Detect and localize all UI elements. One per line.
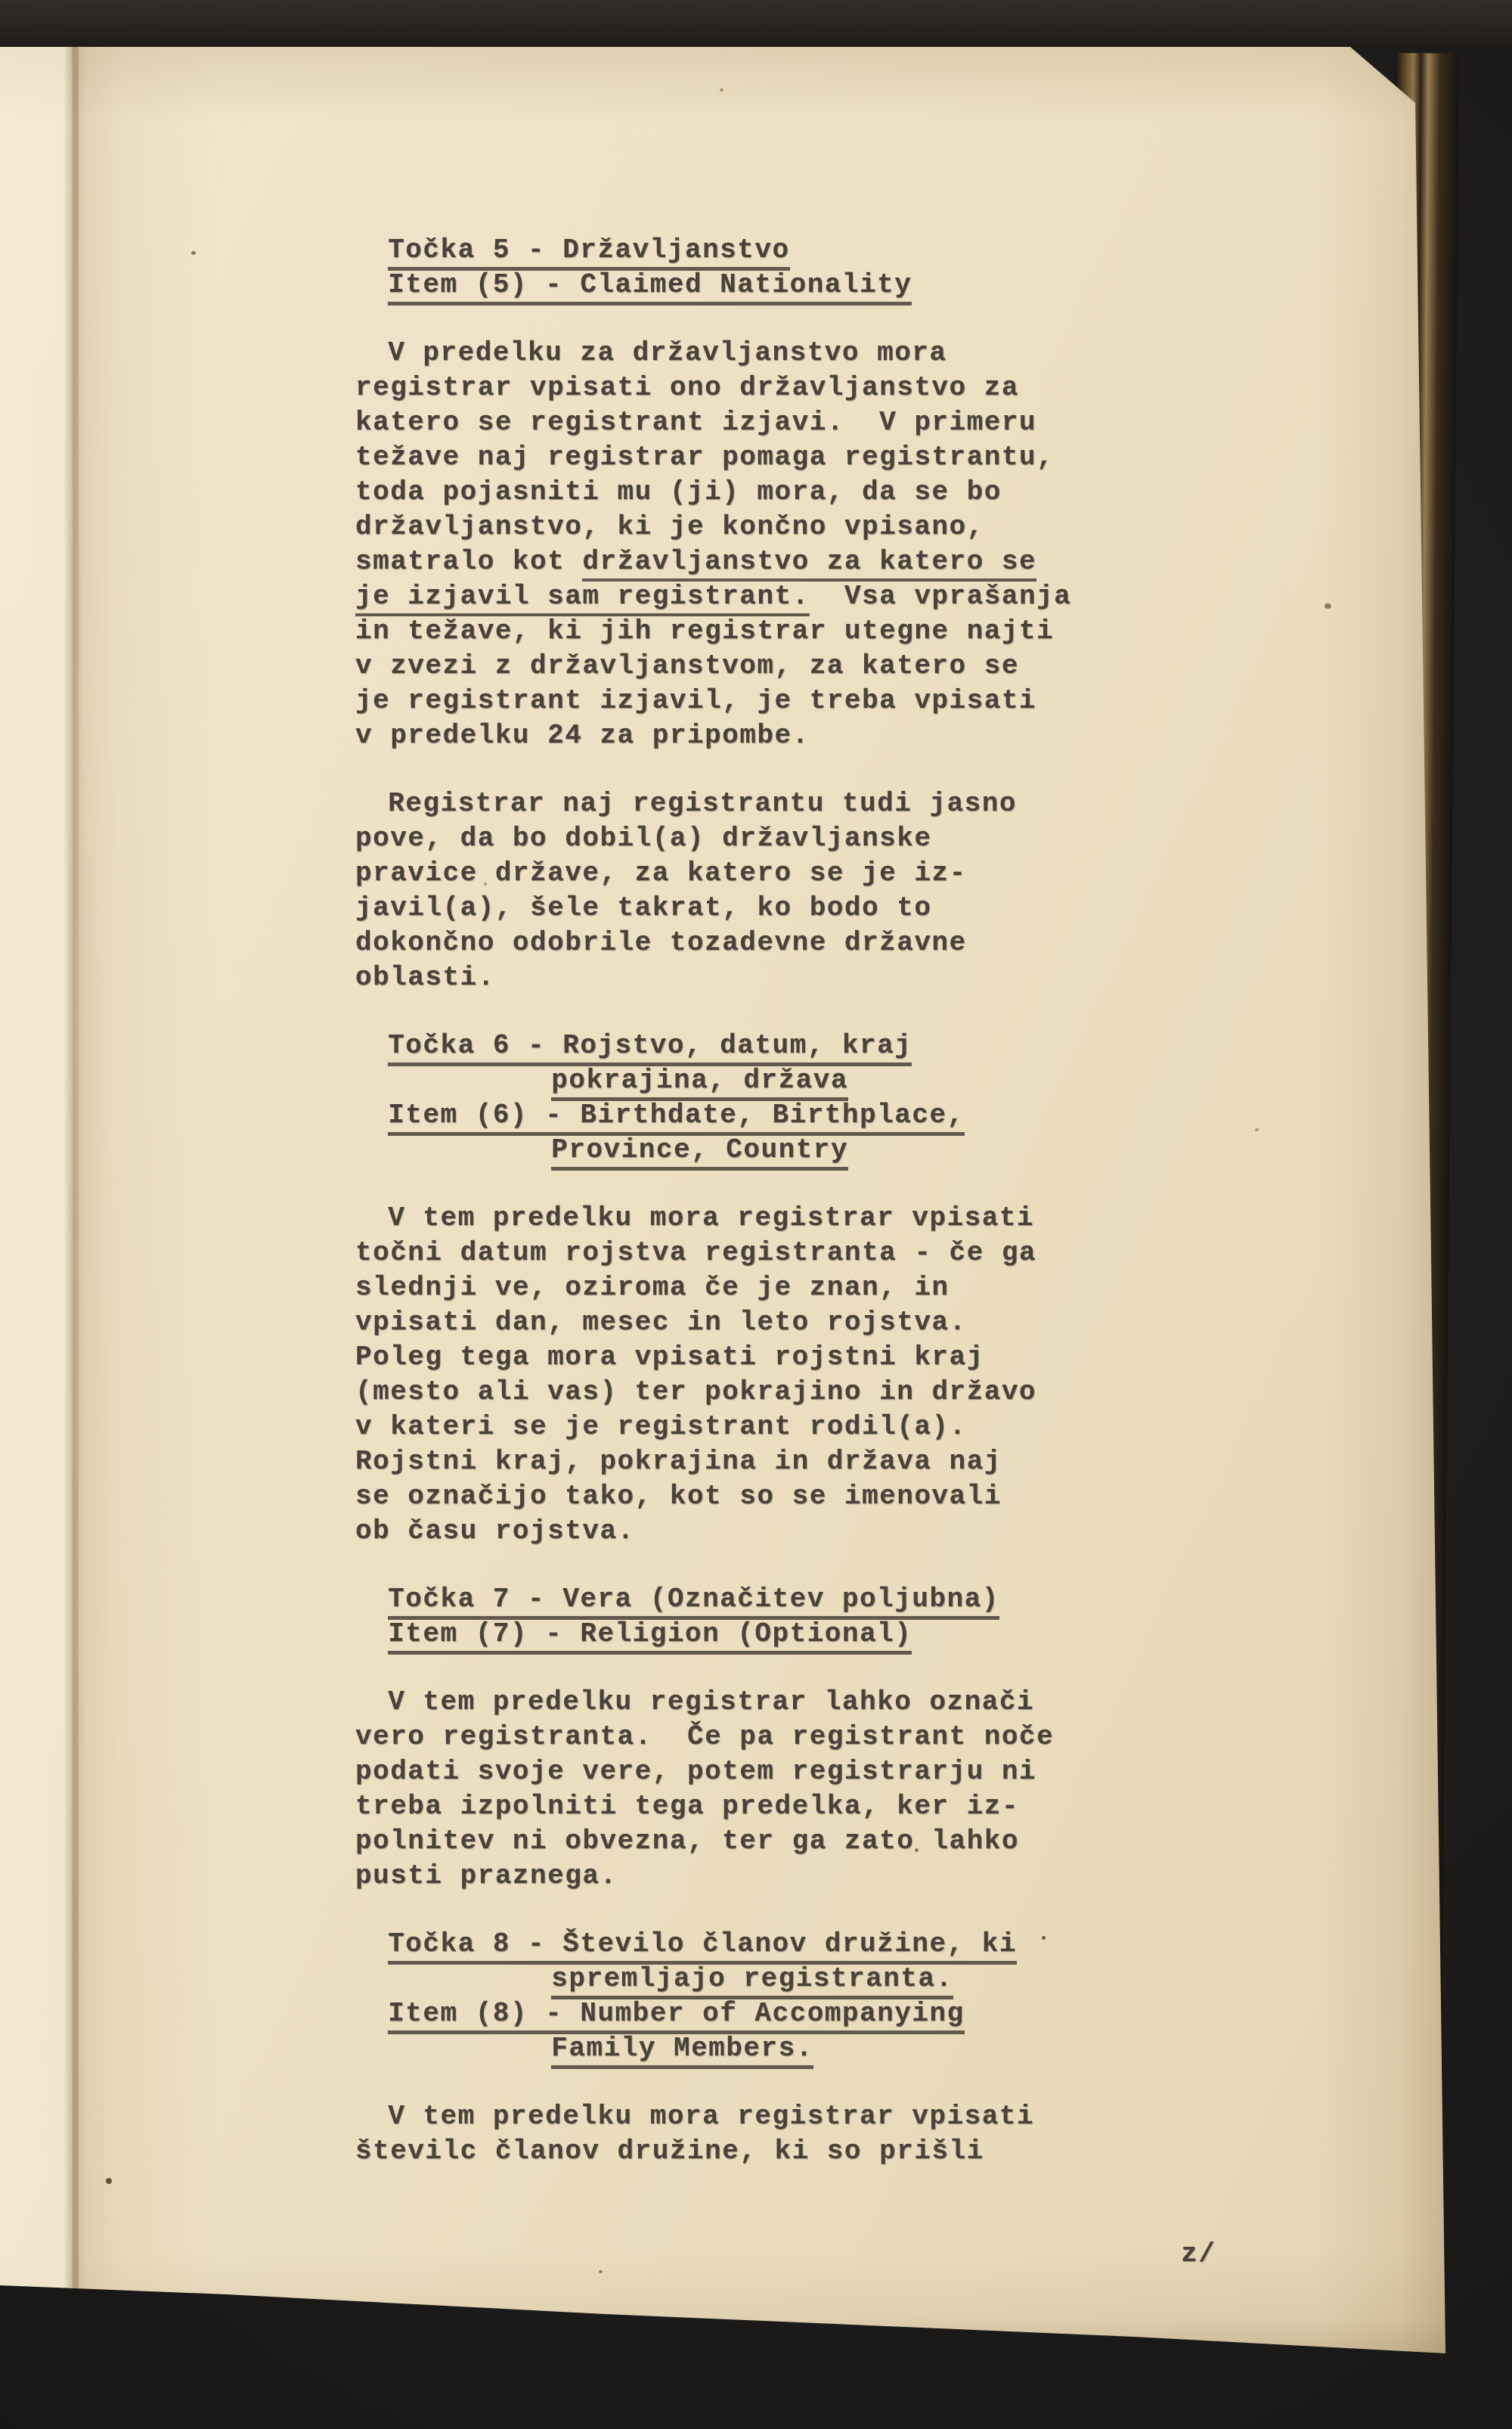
body-line: in težave, ki jih registrar utegne najti	[355, 614, 1142, 649]
paragraph-citizen-rights: Registrar naj registrantu tudi jasnopove…	[355, 786, 1142, 995]
heading-line: Točka 6 - Rojstvo, datum, kraj	[355, 1028, 1142, 1063]
paper-speck	[1325, 603, 1331, 609]
text-segment: pusti praznega.	[355, 1860, 618, 1891]
section-heading-tocka-7: Točka 7 - Vera (Označitev poljubna)Item …	[355, 1582, 1142, 1652]
underlined-text: Family Members.	[551, 2033, 813, 2069]
body-line: katero se registrant izjavi. V primeru	[355, 405, 1142, 440]
text-segment: pravice države, za katero se je iz-	[355, 858, 967, 889]
text-segment: ob času rojstva.	[355, 1515, 635, 1546]
body-line: V tem predelku mora registrar vpisati	[355, 1201, 1142, 1236]
text-segment: V tem predelku registrar lahko označi	[388, 1686, 1034, 1717]
section-heading-tocka-6: Točka 6 - Rojstvo, datum, krajpokrajina,…	[355, 1028, 1142, 1168]
body-line: Registrar naj registrantu tudi jasno	[355, 786, 1142, 821]
text-segment: polnitev ni obvezna, ter ga zato lahko	[355, 1826, 1019, 1857]
body-line: V tem predelku registrar lahko označi	[355, 1685, 1142, 1720]
body-line: številc članov družine, ki so prišli	[355, 2134, 1142, 2169]
heading-line: Family Members.	[355, 2031, 1142, 2066]
text-segment: treba izpolniti tega predelka, ker iz-	[355, 1791, 1019, 1822]
text-segment: pove, da bo dobil(a) državljanske	[355, 823, 931, 854]
body-line: v kateri se je registrant rodil(a).	[355, 1410, 1142, 1444]
body-line: Poleg tega mora vpisati rojstni kraj	[355, 1340, 1142, 1375]
body-line: je izjavil sam registrant. Vsa vprašanja	[355, 579, 1142, 614]
body-line: oblasti.	[355, 960, 1142, 995]
text-segment: slednji ve, oziroma če je znan, in	[355, 1272, 950, 1303]
paragraph-family-members: V tem predelku mora registrar vpisatište…	[355, 2099, 1142, 2169]
body-line: podati svoje vere, potem registrarju ni	[355, 1754, 1142, 1789]
paragraph-religion: V tem predelku registrar lahko označiver…	[355, 1685, 1142, 1894]
body-line: registrar vpisati ono državljanstvo za	[355, 371, 1142, 405]
body-line: pove, da bo dobil(a) državljanske	[355, 821, 1142, 856]
heading-line: Item (7) - Religion (Optional)	[355, 1617, 1142, 1652]
body-line: državljanstvo, ki je končno vpisano,	[355, 510, 1142, 544]
text-segment: katero se registrant izjavi. V primeru	[355, 407, 1036, 438]
text-segment: v predelku 24 za pripombe.	[355, 720, 810, 751]
text-segment: številc članov družine, ki so prišli	[355, 2136, 984, 2167]
body-line: smatralo kot državljanstvo za katero se	[355, 544, 1142, 579]
body-line: točni datum rojstva registranta - če ga	[355, 1236, 1142, 1270]
body-line: javil(a), šele takrat, ko bodo to	[355, 891, 1142, 926]
footnote-mark: z/	[1181, 2238, 1216, 2269]
text-segment: V predelku za državljanstvo mora	[388, 337, 947, 368]
body-line: je registrant izjavil, je treba vpisati	[355, 684, 1142, 718]
heading-line: Item (8) - Number of Accompanying	[355, 1996, 1142, 2031]
text-segment: Vsa vprašanja	[810, 581, 1072, 612]
section-heading-tocka-8: Točka 8 - Število članov družine, kispre…	[355, 1927, 1142, 2066]
text-segment: Registrar naj registrantu tudi jasno	[388, 788, 1017, 819]
underlined-text: Točka 5 - Državljanstvo	[388, 234, 789, 271]
heading-line: Item (6) - Birthdate, Birthplace,	[355, 1098, 1142, 1133]
body-line: vero registranta. Če pa registrant noče	[355, 1720, 1142, 1754]
body-line: pravice države, za katero se je iz-	[355, 856, 1142, 891]
typewritten-sections: Točka 5 - DržavljanstvoItem (5) - Claime…	[355, 233, 1142, 2169]
text-segment: je registrant izjavil, je treba vpisati	[355, 685, 1036, 716]
underlined-text: državljanstvo za katero se	[582, 546, 1036, 582]
scanner-background-top	[0, 0, 1512, 48]
body-line: vpisati dan, mesec in leto rojstva.	[355, 1305, 1142, 1340]
heading-line: spremljajo registranta.	[355, 1962, 1142, 1996]
page-number: (284)	[801, 2358, 889, 2389]
text-segment: v kateri se je registrant rodil(a).	[355, 1411, 967, 1442]
body-line: pusti praznega.	[355, 1859, 1142, 1894]
text-segment: Poleg tega mora vpisati rojstni kraj	[355, 1342, 984, 1373]
underlined-text: Item (8) - Number of Accompanying	[388, 1998, 964, 2034]
paper-speck	[720, 88, 723, 92]
text-segment: podati svoje vere, potem registrarju ni	[355, 1756, 1036, 1787]
paper-speck	[191, 251, 196, 255]
heading-line: Točka 8 - Število članov družine, ki	[355, 1927, 1142, 1962]
section-heading-tocka-5: Točka 5 - DržavljanstvoItem (5) - Claime…	[355, 233, 1142, 302]
heading-line: Točka 7 - Vera (Označitev poljubna)	[355, 1582, 1142, 1617]
text-segment: (mesto ali vas) ter pokrajino in državo	[355, 1376, 1036, 1407]
body-line: ob času rojstva.	[355, 1514, 1142, 1549]
text-segment: vpisati dan, mesec in leto rojstva.	[355, 1307, 967, 1338]
paragraph-claimed-nationality: V predelku za državljanstvo moraregistra…	[355, 336, 1142, 753]
book-page: Točka 5 - DržavljanstvoItem (5) - Claime…	[0, 47, 1453, 2362]
underlined-text: pokrajina, država	[551, 1065, 848, 1101]
heading-line: Item (5) - Claimed Nationality	[355, 268, 1142, 302]
body-line: polnitev ni obvezna, ter ga zato lahko	[355, 1824, 1142, 1859]
underlined-text: Item (7) - Religion (Optional)	[388, 1618, 912, 1655]
underlined-text: Province, Country	[551, 1134, 848, 1171]
text-segment: Rojstni kraj, pokrajina in država naj	[355, 1446, 1002, 1477]
underlined-text: spremljajo registranta.	[551, 1963, 953, 1999]
text-segment: točni datum rojstva registranta - če ga	[355, 1237, 1036, 1268]
text-segment: registrar vpisati ono državljanstvo za	[355, 372, 1019, 403]
text-segment: v zvezi z državljanstvom, za katero se	[355, 650, 1019, 681]
paragraph-birthdate: V tem predelku mora registrar vpisatitoč…	[355, 1201, 1142, 1549]
body-line: v predelku 24 za pripombe.	[355, 718, 1142, 753]
body-line: dokončno odobrile tozadevne državne	[355, 926, 1142, 960]
body-line: V predelku za državljanstvo mora	[355, 336, 1142, 371]
text-segment: javil(a), šele takrat, ko bodo to	[355, 892, 931, 923]
scanned-book-photo: Točka 5 - DržavljanstvoItem (5) - Claime…	[0, 0, 1512, 2429]
heading-line: Točka 5 - Državljanstvo	[355, 233, 1142, 268]
gutter-crease	[73, 47, 79, 2362]
underlined-text: Item (6) - Birthdate, Birthplace,	[388, 1100, 964, 1136]
body-line: v zvezi z državljanstvom, za katero se	[355, 649, 1142, 684]
body-line: V tem predelku mora registrar vpisati	[355, 2099, 1142, 2134]
footnote-line: z/	[355, 2202, 1142, 2306]
body-line: Rojstni kraj, pokrajina in država naj	[355, 1444, 1142, 1479]
body-line: težave naj registrar pomaga registrantu,	[355, 440, 1142, 475]
text-segment: se označijo tako, kot so se imenovali	[355, 1481, 1002, 1512]
underlined-text: Item (5) - Claimed Nationality	[388, 269, 912, 306]
underlined-text: je izjavil sam registrant.	[355, 581, 810, 616]
underlined-text: Točka 7 - Vera (Označitev poljubna)	[388, 1584, 999, 1620]
body-line: slednji ve, oziroma če je znan, in	[355, 1270, 1142, 1305]
text-segment: smatralo kot	[355, 546, 582, 577]
paper-speck	[1255, 1128, 1259, 1131]
underlined-text: Točka 8 - Število članov družine, ki	[388, 1928, 1017, 1965]
text-segment: državljanstvo, ki je končno vpisano,	[355, 511, 984, 542]
text-segment: vero registranta. Če pa registrant noče	[355, 1721, 1054, 1752]
body-line: (mesto ali vas) ter pokrajino in državo	[355, 1375, 1142, 1410]
underlined-text: Točka 6 - Rojstvo, datum, kraj	[388, 1030, 912, 1066]
text-segment: V tem predelku mora registrar vpisati	[388, 1202, 1034, 1233]
page-text: Točka 5 - DržavljanstvoItem (5) - Claime…	[355, 233, 1142, 2426]
heading-line: Province, Country	[355, 1133, 1142, 1168]
page-number-line: (284)	[355, 2322, 1142, 2426]
body-line: se označijo tako, kot so se imenovali	[355, 1479, 1142, 1514]
heading-line: pokrajina, država	[355, 1063, 1142, 1098]
text-segment: V tem predelku mora registrar vpisati	[388, 2101, 1034, 2132]
text-segment: dokončno odobrile tozadevne državne	[355, 927, 967, 958]
text-segment: oblasti.	[355, 962, 495, 993]
body-line: treba izpolniti tega predelka, ker iz-	[355, 1789, 1142, 1824]
paper-speck	[106, 2178, 112, 2184]
text-segment: toda pojasniti mu (ji) mora, da se bo	[355, 476, 1002, 507]
body-line: toda pojasniti mu (ji) mora, da se bo	[355, 475, 1142, 510]
text-segment: in težave, ki jih registrar utegne najti	[355, 616, 1054, 647]
text-segment: težave naj registrar pomaga registrantu,	[355, 442, 1054, 473]
